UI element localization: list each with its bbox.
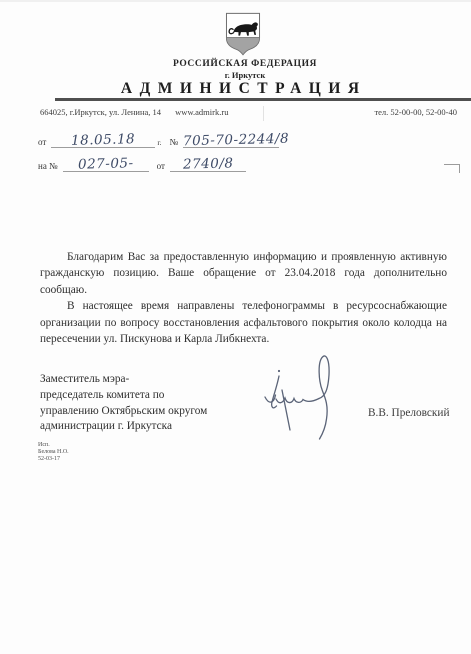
signer-position-line: управлению Октябрьским округом [40,404,280,420]
incoming-date-field: 2740/8 [170,155,246,172]
signer-position-line: Заместитель мэра- [40,372,280,388]
signer-position-line: председатель комитета по [40,388,280,404]
incoming-number-label: на № [38,161,58,172]
incoming-reference-row: на № 027-05- от 2740/8 [38,155,279,172]
incoming-date-label: от [157,161,165,172]
executor-phone: 52-03-17 [38,456,69,463]
website: www.admirk.ru [175,107,228,117]
outgoing-date-field: 18.05.18 [51,131,155,148]
letter-body: Благодарим Вас за предоставленную информ… [40,249,447,347]
body-paragraph: Благодарим Вас за предоставленную информ… [40,249,447,298]
signer-name: В.В. Преловский [368,407,450,419]
letterhead-organization-title: АДМИНИСТРАЦИЯ [10,80,470,98]
letterhead-city: г. Иркутск [20,70,470,80]
address-corner-mark [444,164,460,173]
contacts-separator-tick [263,106,264,121]
executor-name: Белова Н.О. [38,449,69,456]
outgoing-reference-row: от 18.05.18 г. № 705-70-2244/8 [38,131,279,148]
handwritten-outgoing-date: 18.05.18 [71,131,136,149]
outgoing-number-field: 705-70-2244/8 [183,131,279,148]
outgoing-date-label: от [38,137,46,148]
scan-edge-artifact [0,0,471,2]
irkutsk-coat-of-arms-icon [224,10,262,58]
phone-numbers: тел. 52-00-00, 52-00-40 [374,107,457,117]
year-suffix-label: г. [157,138,161,148]
signer-position-block: Заместитель мэра- председатель комитета … [40,372,280,435]
postal-address: 664025, г.Иркутск, ул. Ленина, 14 [40,107,161,117]
registration-fields: от 18.05.18 г. № 705-70-2244/8 на № 027-… [38,131,279,179]
incoming-number-field: 027-05- [63,155,149,172]
address-group: 664025, г.Иркутск, ул. Ленина, 14 www.ad… [40,107,228,117]
executor-label: Исп. [38,442,69,449]
handwritten-outgoing-number: 705-70-2244/8 [183,131,289,150]
contacts-row: 664025, г.Иркутск, ул. Ленина, 14 www.ad… [40,107,457,117]
scanned-letter-page: РОССИЙСКАЯ ФЕДЕРАЦИЯ г. Иркутск АДМИНИСТ… [0,0,471,654]
executor-footnote: Исп. Белова Н.О. 52-03-17 [38,442,69,463]
body-paragraph: В настоящее время направлены телефоногра… [40,298,447,347]
handwritten-incoming-date: 2740/8 [183,155,234,172]
handwritten-signature-icon [256,350,360,450]
signer-position-line: администрации г. Иркутска [40,419,280,435]
outgoing-number-label: № [169,137,178,148]
letterhead-divider-rule [55,98,471,101]
handwritten-incoming-number: 027-05- [78,155,134,172]
letterhead-country: РОССИЙСКАЯ ФЕДЕРАЦИЯ [20,59,470,69]
